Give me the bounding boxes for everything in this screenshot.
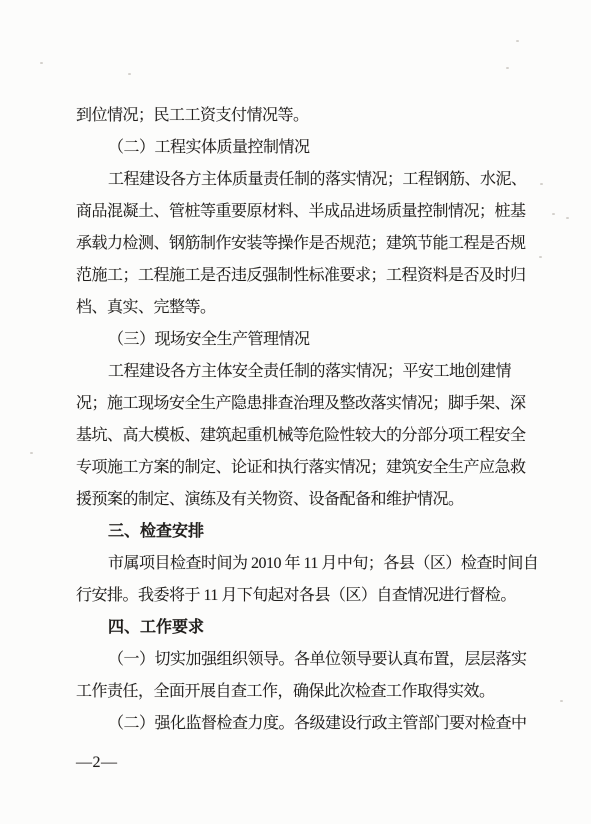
scan-speckle (516, 40, 519, 42)
text-line: 援预案的制定、演练及有关物资、设备配备和维护情况。 (76, 484, 536, 516)
text-line: （二）强化监督检查力度。各级建设行政主管部门要对检查中 (76, 708, 536, 740)
text-line: 到位情况；民工工资支付情况等。 (76, 100, 536, 132)
text-line: 专项施工方案的制定、论证和执行落实情况；建筑安全生产应急救 (76, 452, 536, 484)
text-line: （一）切实加强组织领导。各单位领导要认真布置，层层落实 (76, 644, 536, 676)
scan-speckle (566, 217, 569, 219)
text-line: 市属项目检查时间为 2010 年 11 月中旬；各县（区）检查时间自 (76, 548, 536, 580)
scan-speckle (560, 700, 563, 702)
text-line: 基坑、高大模板、建筑起重机械等危险性较大的分部分项工程安全 (76, 420, 536, 452)
text-line: 范施工；工程施工是否违反强制性标准要求；工程资料是否及时归 (76, 260, 536, 292)
text-line: 行安排。我委将于 11 月下旬起对各县（区）自查情况进行督检。 (76, 580, 536, 612)
scan-speckle (30, 452, 33, 454)
text-line: 工作责任，全面开展自查工作，确保此次检查工作取得实效。 (76, 676, 536, 708)
section-heading-4: 四、工作要求 (76, 612, 536, 644)
text-line: 工程建设各方主体安全责任制的落实情况；平安工地创建情 (76, 356, 536, 388)
scan-speckle (128, 73, 131, 75)
text-line: 承载力检测、钢筋制作安装等操作是否规范；建筑节能工程是否规 (76, 228, 536, 260)
scan-speckle (552, 213, 555, 215)
text-line: 况；施工现场安全生产隐患排查治理及整改落实情况；脚手架、深 (76, 388, 536, 420)
text-line: 商品混凝土、管桩等重要原材料、半成品进场质量控制情况；桩基 (76, 196, 536, 228)
document-body: 到位情况；民工工资支付情况等。 （二）工程实体质量控制情况 工程建设各方主体质量… (76, 100, 536, 740)
section-heading-3: 三、检查安排 (76, 516, 536, 548)
scan-speckle (539, 256, 542, 258)
scanned-document-page: 到位情况；民工工资支付情况等。 （二）工程实体质量控制情况 工程建设各方主体质量… (0, 0, 591, 824)
subsection-heading: （二）工程实体质量控制情况 (76, 132, 536, 164)
subsection-heading: （三）现场安全生产管理情况 (76, 324, 536, 356)
text-line: 工程建设各方主体质量责任制的落实情况；工程钢筋、水泥、 (76, 164, 536, 196)
page-number: —2— (76, 748, 118, 778)
scan-speckle (506, 67, 509, 69)
text-line: 档、真实、完整等。 (76, 292, 536, 324)
scan-speckle (540, 183, 543, 185)
scan-speckle (40, 62, 43, 64)
